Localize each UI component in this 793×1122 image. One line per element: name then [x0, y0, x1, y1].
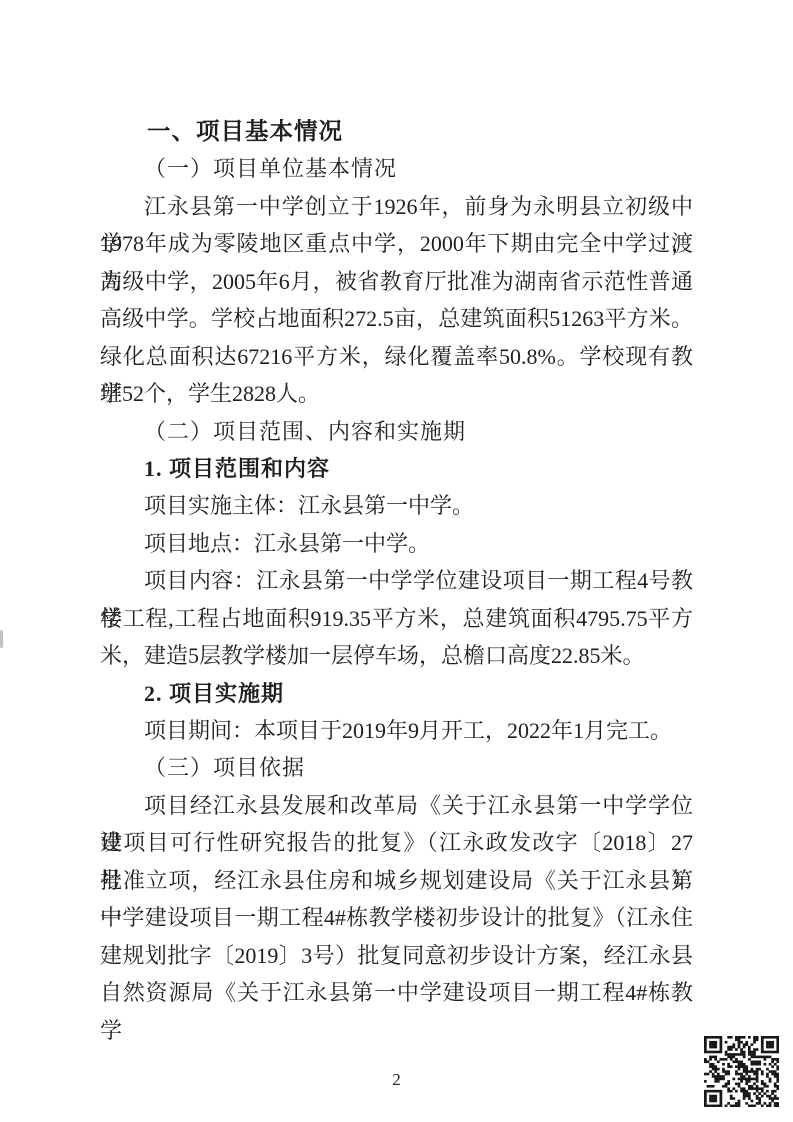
body-text-line: 自然资源局《关于江永县第一中学建设项目一期工程4#栋教学 [100, 974, 693, 1011]
body-text-line: 项目期间：本项目于2019年9月开工，2022年1月完工。 [100, 712, 693, 749]
numbered-heading: 1. 项目范围和内容 [100, 450, 693, 487]
document-body: 一、项目基本情况（一）项目单位基本情况江永县第一中学创立于1926年，前身为永明… [100, 113, 693, 1012]
section-title: 一、项目基本情况 [100, 113, 693, 150]
subsection-heading: （一）项目单位基本情况 [100, 150, 693, 187]
body-text-line: 米，建造5层教学楼加一层停车场，总檐口高度22.85米。 [100, 637, 693, 674]
document-page: 一、项目基本情况（一）项目单位基本情况江永县第一中学创立于1926年，前身为永明… [0, 0, 793, 1122]
body-text-line: 高级中学。学校占地面积272.5亩，总建筑面积51263平方米。 [100, 300, 693, 337]
subsection-heading: （二）项目范围、内容和实施期 [100, 413, 693, 450]
numbered-heading: 2. 项目实施期 [100, 675, 693, 712]
body-text-line: 江永县第一中学创立于1926年，前身为永明县立初级中学， [100, 188, 693, 225]
body-text-line: 班52个，学生2828人。 [100, 375, 693, 412]
body-text-line: 项目地点：江永县第一中学。 [100, 525, 693, 562]
body-text-line: 高级中学，2005年6月，被省教育厅批准为湖南省示范性普通 [100, 263, 693, 300]
body-text-line: 楼工程,工程占地面积919.35平方米，总建筑面积4795.75平方 [100, 600, 693, 637]
body-text-line: 项目经江永县发展和改革局《关于江永县第一中学学位建 [100, 787, 693, 824]
qr-code-icon [704, 1036, 779, 1107]
body-text-line: 绿化总面积达67216平方米，绿化覆盖率50.8%。学校现有教学 [100, 338, 693, 375]
body-text-line: 设项目可行性研究报告的批复》（江永政发改字〔2018〕27号） [100, 824, 693, 861]
scan-artifact [0, 630, 3, 648]
body-text-line: 1978年成为零陵地区重点中学，2000年下期由完全中学过渡为 [100, 225, 693, 262]
body-text-line: 建规划批字〔2019〕3号）批复同意初步设计方案，经江永县 [100, 937, 693, 974]
body-text-line: 中学建设项目一期工程4#栋教学楼初步设计的批复》（江永住 [100, 899, 693, 936]
body-text-line: 批准立项，经江永县住房和城乡规划建设局《关于江永县第一 [100, 862, 693, 899]
page-number: 2 [0, 1070, 793, 1090]
body-text-line: 项目实施主体：江永县第一中学。 [100, 487, 693, 524]
body-text-line: 项目内容：江永县第一中学学位建设项目一期工程4号教学 [100, 562, 693, 599]
subsection-heading: （三）项目依据 [100, 749, 693, 786]
